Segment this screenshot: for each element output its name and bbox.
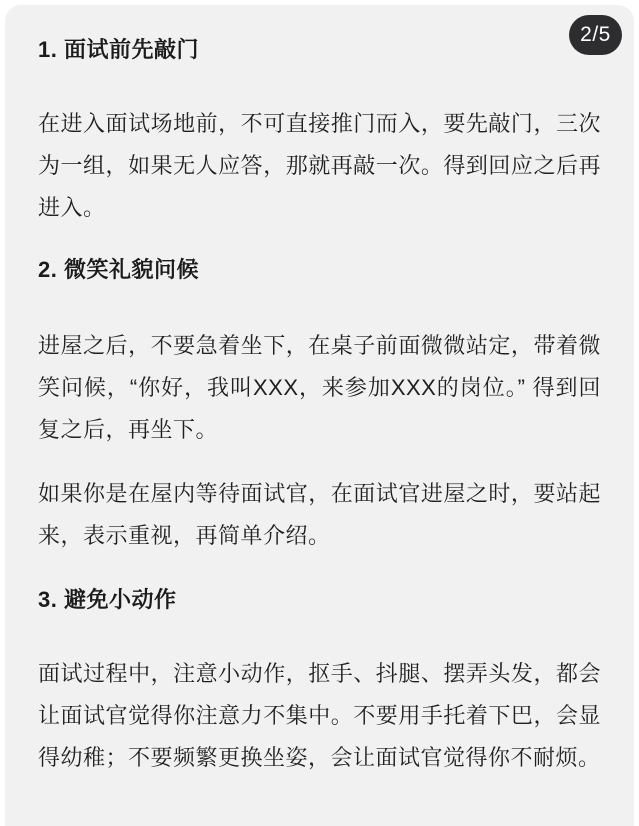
section-3-heading: 3. 避免小动作 <box>38 585 601 615</box>
section-2-heading: 2. 微笑礼貌问候 <box>38 255 601 285</box>
page: 2/5 1. 面试前先敲门 在进入面试场地前，不可直接推门而入，要先敲门，三次为… <box>0 0 639 826</box>
content-card: 2/5 1. 面试前先敲门 在进入面试场地前，不可直接推门而入，要先敲门，三次为… <box>5 5 634 826</box>
section-2-paragraph-1: 进屋之后，不要急着坐下，在桌子前面微微站定，带着微笑问候，“你好，我叫XXX，来… <box>38 325 601 451</box>
section-1-heading: 1. 面试前先敲门 <box>38 35 601 65</box>
section-2-paragraph-2: 如果你是在屋内等待面试官，在面试官进屋之时，要站起来，表示重视，再简单介绍。 <box>38 473 601 557</box>
page-indicator-label: 2/5 <box>580 23 611 47</box>
section-1-paragraph-1: 在进入面试场地前，不可直接推门而入，要先敲门，三次为一组，如果无人应答，那就再敲… <box>38 103 601 229</box>
section-3-paragraph-1: 面试过程中，注意小动作，抠手、抖腿、摆弄头发，都会让面试官觉得你注意力不集中。不… <box>38 653 601 779</box>
page-indicator-badge: 2/5 <box>569 15 622 55</box>
